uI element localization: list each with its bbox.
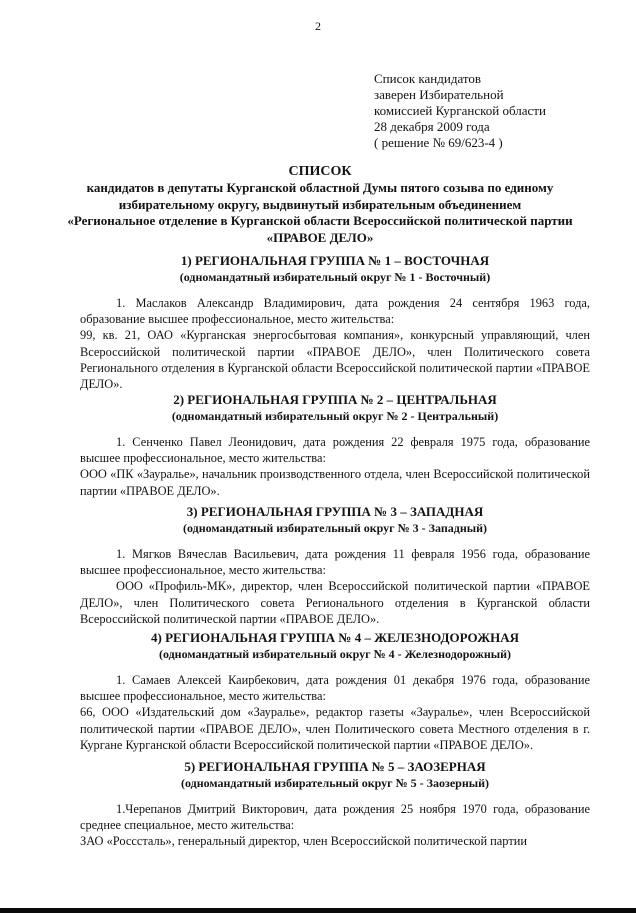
regional-group-5: 5) РЕГИОНАЛЬНАЯ ГРУППА № 5 – ЗАОЗЕРНАЯ (… — [80, 759, 590, 850]
group-heading: 5) РЕГИОНАЛЬНАЯ ГРУППА № 5 – ЗАОЗЕРНАЯ — [40, 759, 630, 775]
regional-group-4: 4) РЕГИОНАЛЬНАЯ ГРУППА № 4 – ЖЕЛЕЗНОДОРО… — [80, 630, 590, 753]
group-subheading: (одномандатный избирательный округ № 5 -… — [40, 775, 630, 791]
candidate-bio: 1. Мягков Вячеслав Васильевич, дата рожд… — [80, 546, 590, 578]
group-subheading: (одномандатный избирательный округ № 3 -… — [40, 520, 630, 536]
certification-line: 28 декабря 2009 года — [374, 119, 546, 135]
group-heading: 4) РЕГИОНАЛЬНАЯ ГРУППА № 4 – ЖЕЛЕЗНОДОРО… — [40, 630, 630, 646]
candidate-bio: 1. Маслаков Александр Владимирович, дата… — [80, 295, 590, 327]
candidate-bio: 1. Самаев Алексей Каирбекович, дата рожд… — [80, 672, 590, 704]
certification-line: комиссией Курганской области — [374, 103, 546, 119]
regional-group-1: 1) РЕГИОНАЛЬНАЯ ГРУППА № 1 – ВОСТОЧНАЯ (… — [80, 253, 590, 392]
candidate-entry: 1. Мягков Вячеслав Васильевич, дата рожд… — [80, 546, 590, 627]
group-heading: 2) РЕГИОНАЛЬНАЯ ГРУППА № 2 – ЦЕНТРАЛЬНАЯ — [40, 392, 630, 408]
group-subheading: (одномандатный избирательный округ № 4 -… — [40, 646, 630, 662]
scan-edge-bar — [0, 908, 636, 913]
document-title: СПИСОК кандидатов в депутаты Курганской … — [40, 163, 600, 246]
candidate-employment: 66, ООО «Издательский дом «Зауралье», ре… — [80, 704, 590, 753]
candidate-employment: ЗАО «Росссталь», генеральный директор, ч… — [80, 833, 590, 849]
candidate-entry: 1.Черепанов Дмитрий Викторович, дата рож… — [80, 801, 590, 850]
candidate-bio: 1. Сенченко Павел Леонидович, дата рожде… — [80, 434, 590, 466]
candidate-employment: ООО «Профиль-МК», директор, член Всеросс… — [80, 578, 590, 627]
title-main: СПИСОК — [40, 163, 600, 180]
title-line: кандидатов в депутаты Курганской областн… — [40, 180, 600, 197]
group-subheading: (одномандатный избирательный округ № 1 -… — [40, 269, 630, 285]
regional-group-3: 3) РЕГИОНАЛЬНАЯ ГРУППА № 3 – ЗАПАДНАЯ (о… — [80, 504, 590, 627]
regional-group-2: 2) РЕГИОНАЛЬНАЯ ГРУППА № 2 – ЦЕНТРАЛЬНАЯ… — [80, 392, 590, 499]
candidate-entry: 1. Маслаков Александр Владимирович, дата… — [80, 295, 590, 392]
candidate-entry: 1. Самаев Алексей Каирбекович, дата рожд… — [80, 672, 590, 753]
candidate-entry: 1. Сенченко Павел Леонидович, дата рожде… — [80, 434, 590, 499]
certification-line: ( решение № 69/623-4 ) — [374, 135, 546, 151]
certification-stamp: Список кандидатов заверен Избирательной … — [374, 71, 546, 151]
group-subheading: (одномандатный избирательный округ № 2 -… — [40, 408, 630, 424]
page-number: 2 — [0, 19, 636, 34]
candidate-employment: ООО «ПК «Зауралье», начальник производст… — [80, 466, 590, 498]
title-line: «Региональное отделение в Курганской обл… — [40, 213, 600, 230]
certification-line: Список кандидатов — [374, 71, 546, 87]
candidate-employment: 99, кв. 21, ОАО «Курганская энергосбытов… — [80, 327, 590, 392]
title-line: «ПРАВОЕ ДЕЛО» — [40, 230, 600, 247]
group-heading: 1) РЕГИОНАЛЬНАЯ ГРУППА № 1 – ВОСТОЧНАЯ — [40, 253, 630, 269]
candidate-bio: 1.Черепанов Дмитрий Викторович, дата рож… — [80, 801, 590, 833]
group-heading: 3) РЕГИОНАЛЬНАЯ ГРУППА № 3 – ЗАПАДНАЯ — [40, 504, 630, 520]
certification-line: заверен Избирательной — [374, 87, 546, 103]
title-line: избирательному округу, выдвинутый избира… — [40, 197, 600, 214]
